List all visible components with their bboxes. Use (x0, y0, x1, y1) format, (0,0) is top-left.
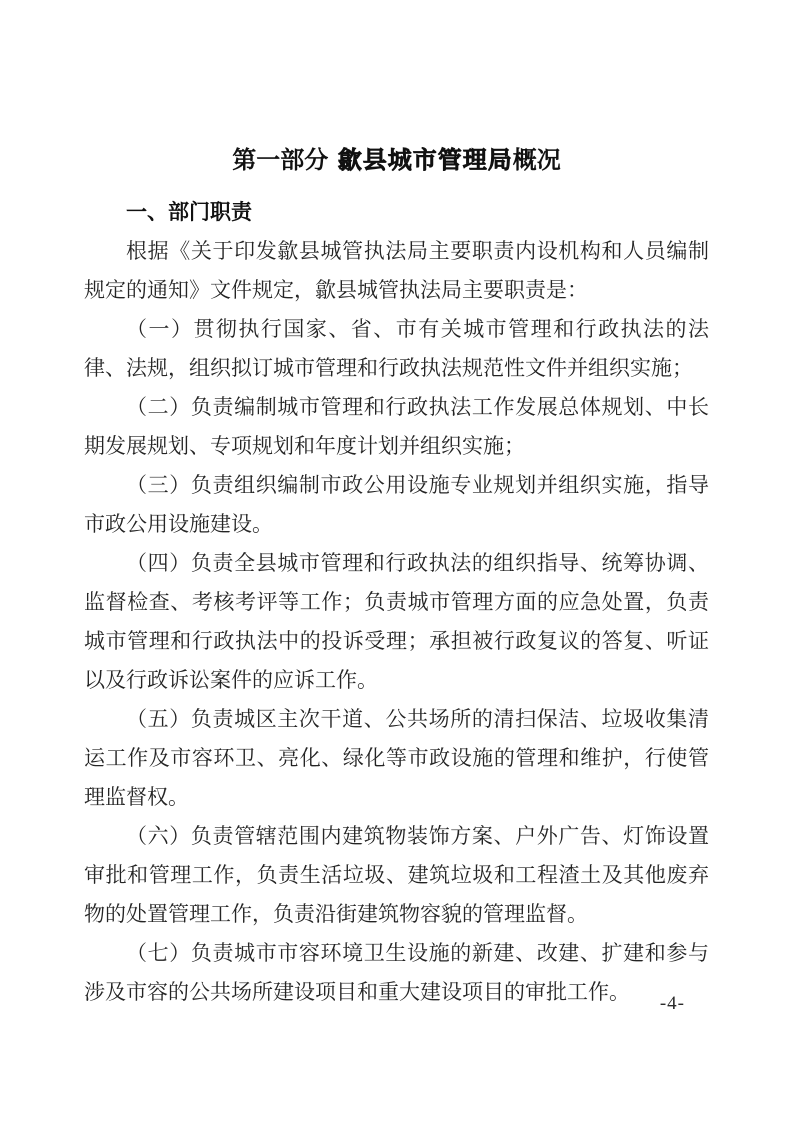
title-suffix: 概况 (513, 147, 561, 174)
document-page: 第一部分歙县城市管理局概况 一、部门职责 根据《关于印发歙县城管执法局主要职责内… (0, 0, 793, 1122)
paragraph-duty-2: （二）负责编制城市管理和行政执法工作发展总体规划、中长期发展规划、专项规划和年度… (84, 388, 709, 466)
paragraph-intro: 根据《关于印发歙县城管执法局主要职责内设机构和人员编制规定的通知》文件规定，歙县… (84, 232, 709, 310)
paragraph-duty-7: （七）负责城市市容环境卫生设施的新建、改建、扩建和参与涉及市容的公共场所建设项目… (84, 934, 709, 1012)
paragraph-duty-4: （四）负责全县城市管理和行政执法的组织指导、统筹协调、监督检查、考核考评等工作；… (84, 544, 709, 700)
title-agency-name: 歙县城市管理局 (338, 148, 513, 174)
paragraph-duty-1: （一）贯彻执行国家、省、市有关城市管理和行政执法的法律、法规，组织拟订城市管理和… (84, 310, 709, 388)
title-section-number: 第一部分 (232, 147, 328, 174)
paragraph-duty-6: （六）负责管辖范围内建筑物装饰方案、户外广告、灯饰设置审批和管理工作，负责生活垃… (84, 817, 709, 934)
section-heading-duties: 一、部门职责 (84, 193, 709, 232)
page-title: 第一部分歙县城市管理局概况 (84, 141, 709, 181)
paragraph-duty-5: （五）负责城区主次干道、公共场所的清扫保洁、垃圾收集清运工作及市容环卫、亮化、绿… (84, 700, 709, 817)
paragraph-duty-3: （三）负责组织编制市政公用设施专业规划并组织实施，指导市政公用设施建设。 (84, 466, 709, 544)
document-content: 第一部分歙县城市管理局概况 一、部门职责 根据《关于印发歙县城管执法局主要职责内… (84, 141, 709, 1012)
body-text: 根据《关于印发歙县城管执法局主要职责内设机构和人员编制规定的通知》文件规定，歙县… (84, 232, 709, 1012)
page-number: -4- (660, 993, 685, 1014)
